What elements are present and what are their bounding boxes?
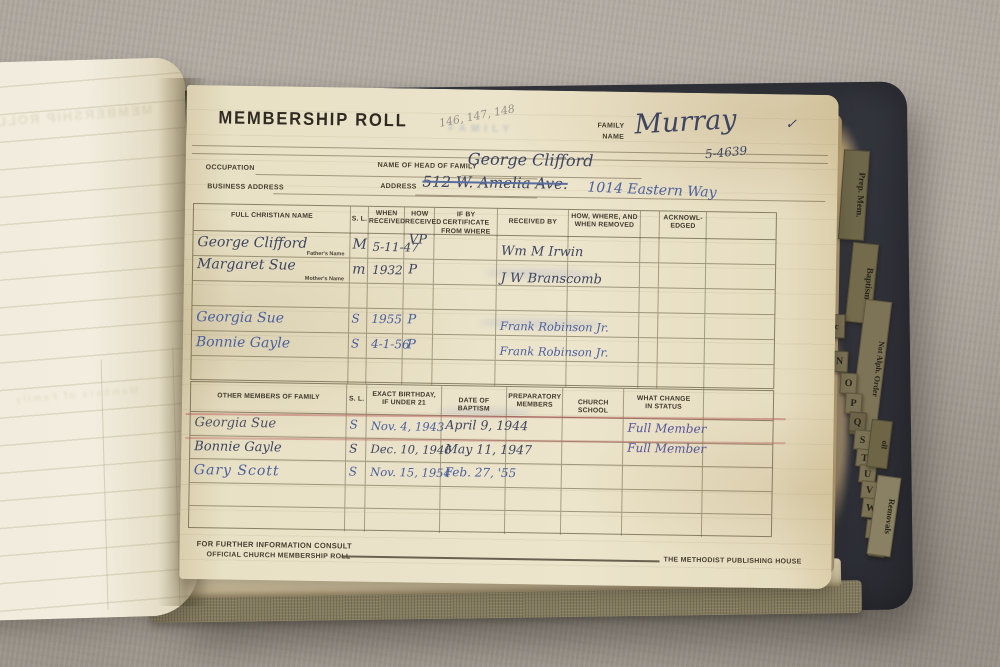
header-cell: [707, 212, 776, 242]
header-cell: RECEIVED BY: [497, 209, 569, 239]
tab-label: O: [844, 378, 853, 390]
header-cell: FULL CHRISTIAN NAME: [194, 204, 352, 235]
cell-baptism: [440, 510, 506, 534]
cell-school: [561, 512, 622, 536]
cell-edge: [703, 467, 772, 491]
family-table: OTHER MEMBERS OF FAMILY S. L. EXACT BIRT…: [188, 381, 774, 537]
cell-sl: S: [351, 312, 359, 326]
cell-when: 1955: [371, 312, 402, 326]
cell-change: [622, 513, 703, 537]
cell-name: Gary Scott: [194, 462, 280, 479]
showthrough-text: Members of Family: [13, 385, 138, 406]
cell-edge: [703, 491, 772, 515]
header-cell: DATE OF BAPTISM: [442, 386, 508, 416]
cell-edge: [706, 239, 775, 264]
cell-sublabel: Father's Name: [307, 251, 345, 258]
cell-name: Margaret Sue: [197, 256, 296, 274]
cell-received-by: [496, 286, 568, 311]
cell-received-by: [495, 361, 567, 387]
cell-prep: [505, 511, 562, 535]
header-cell: IF BY CERTIFICATE FROM WHERE: [435, 208, 498, 237]
header-cell: WHAT CHANGE IN STATUS: [624, 389, 705, 419]
cell-when: [366, 359, 402, 385]
cell-blank: [640, 238, 660, 262]
tab-label: P: [850, 398, 857, 409]
occupation-label: OCCUPATION: [206, 164, 255, 172]
cell-name: [189, 506, 345, 531]
tab-label: Baptism: [862, 267, 875, 300]
cell-how: P: [407, 337, 416, 352]
cell-sl: S: [349, 418, 357, 432]
cell-removed: [567, 362, 639, 388]
cell-birthday: Nov. 15, 1954: [370, 465, 451, 480]
footer-rule: [342, 555, 660, 562]
cell-birthday: Nov. 4, 1943: [371, 419, 445, 434]
cell-edge: [702, 514, 771, 538]
cell-edge: [706, 289, 775, 314]
cell-cert: [434, 285, 497, 310]
cell-edge: [704, 420, 773, 444]
cell-baptism: [440, 486, 506, 510]
family-name-value: Murray: [634, 104, 738, 140]
tab-label: U: [863, 469, 871, 481]
cell-change: [622, 489, 703, 513]
cell-removed: [568, 287, 640, 312]
cell-sublabel: Mother's Name: [305, 276, 344, 283]
cell-how: [402, 359, 433, 384]
cell-how: P: [407, 312, 416, 327]
membership-roll-page: MEMBERSHIP ROLL 146, 147, 148 FAMILY FAM…: [179, 85, 839, 589]
footer-note-line2: OFFICIAL CHURCH MEMBERSHIP ROLL: [206, 551, 350, 560]
cell-name: George Clifford: [197, 234, 307, 252]
tab-label: Q: [853, 417, 862, 429]
page-title: MEMBERSHIP ROLL: [218, 107, 408, 131]
footer-note-line1: FOR FURTHER INFORMATION CONSULT: [197, 539, 352, 550]
cell-sl: S: [349, 465, 357, 479]
cell-ack: [659, 288, 707, 313]
cell-change: Full Member: [627, 421, 706, 436]
cell-when: 1932: [372, 263, 403, 277]
header-cell: [640, 211, 660, 240]
header-cell: WHEN RECEIVED: [369, 207, 406, 236]
cell-sl: S: [349, 441, 357, 455]
tab-label: V: [865, 485, 873, 497]
tab-label: S: [859, 435, 866, 446]
cell-sl: [348, 358, 366, 383]
cell-blank: [640, 263, 660, 287]
cell-when: [368, 284, 404, 309]
address-old-value: 512 W. Amelia Ave.: [422, 173, 568, 193]
cell-school: [562, 488, 623, 511]
showthrough-text: MEMBERSHIP ROLL: [0, 102, 153, 130]
cell-blank: [638, 363, 658, 388]
cell-sl: [345, 485, 366, 508]
cell-edge: [703, 444, 772, 468]
cell-how: VP: [409, 232, 427, 247]
cell-blank: [639, 313, 659, 337]
cell-sl: S: [351, 337, 359, 351]
cell-how: P: [408, 262, 417, 277]
cell-birthday: [365, 509, 440, 533]
cell-prep: [505, 487, 562, 510]
cell-edge: [705, 339, 774, 364]
cell-sl: m: [352, 262, 366, 278]
check-mark: ✓: [785, 116, 797, 132]
cell-name: Bonnie Gayle: [194, 439, 282, 455]
family-name-label: FAMILY NAME: [588, 121, 624, 143]
header-cell: CHURCH SCHOOL: [563, 388, 624, 418]
cell-blank: [639, 288, 659, 312]
cell-name: Georgia Sue: [196, 309, 284, 326]
cell-name: [189, 483, 345, 508]
cell-edge: [706, 264, 775, 289]
photo-scene: MEMBERSHIP ROLL Members of Family Prep. …: [0, 0, 1000, 667]
cell-name: Bonnie Gayle: [196, 334, 290, 351]
tab-label: oll: [879, 440, 889, 449]
cell-sl: [350, 283, 368, 307]
address-label: ADDRESS: [380, 183, 416, 191]
cell-how: [404, 284, 435, 308]
header-cell: S. L.: [351, 207, 369, 236]
cell-birthday: Dec. 10, 1946: [370, 441, 451, 456]
family-number: 5-4639: [704, 144, 747, 162]
header-cell: ACKNOWL- EDGED: [660, 211, 708, 240]
publisher-name: THE METHODIST PUBLISHING HOUSE: [663, 556, 801, 565]
header-cell: PREPARATORY MEMBERS: [507, 387, 564, 417]
cell-name: Georgia Sue: [194, 415, 276, 431]
cell-blank: [639, 338, 659, 362]
tab-label: N: [836, 356, 844, 367]
header-cell: EXACT BIRTHDAY, IF UNDER 21: [367, 385, 442, 415]
cell-sl: M: [352, 237, 367, 253]
business-address-label: BUSINESS ADDRESS: [207, 183, 284, 191]
tab-label: Prep. Mem.: [854, 173, 867, 219]
cell-ack: [657, 363, 705, 389]
cell-birthday: [366, 485, 441, 509]
header-cell: [704, 390, 773, 420]
cell-name: [192, 281, 349, 307]
tab-letter: O: [839, 372, 857, 394]
header-cell: OTHER MEMBERS OF FAMILY: [191, 382, 347, 413]
stamp-showthrough: FAMILY: [448, 123, 514, 135]
cell-name: [191, 356, 348, 383]
header-cell: HOW, WHERE, AND WHEN REMOVED: [569, 210, 641, 240]
cell-cert: [433, 360, 496, 386]
cell-edge: [704, 364, 773, 390]
cell-sl: [345, 508, 366, 531]
head-of-family-value: George Clifford: [468, 149, 594, 170]
header-cell: S. L.: [347, 384, 368, 413]
members-table: FULL CHRISTIAN NAME S. L. WHEN RECEIVED …: [190, 203, 777, 389]
head-of-family-label: NAME OF HEAD OF FAMILY: [378, 162, 477, 171]
cell-edge: [705, 314, 774, 339]
